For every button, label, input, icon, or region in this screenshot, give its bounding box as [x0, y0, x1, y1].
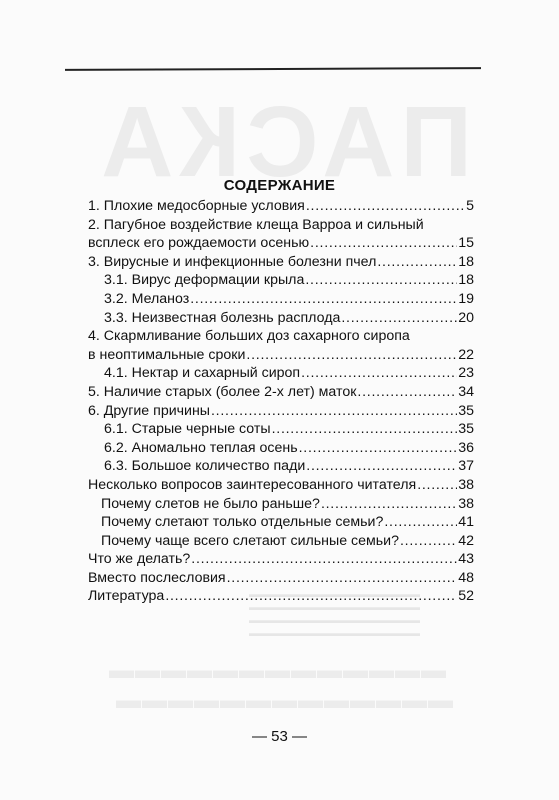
- dot-leader: [299, 439, 458, 458]
- dot-leader: [211, 402, 457, 421]
- toc-title: СОДЕРЖАНИЕ: [0, 177, 559, 194]
- toc-entry-page: 5: [466, 197, 474, 216]
- toc-entry: Несколько вопросов заинтересованного чит…: [88, 476, 474, 495]
- toc-entry-page: 43: [458, 550, 474, 569]
- toc-entry-title: 5. Наличие старых (более 2-х лет) маток: [88, 383, 356, 402]
- toc-entry-page: 19: [458, 290, 474, 309]
- toc-entry: 4.1. Нектар и сахарный сироп23: [88, 364, 474, 383]
- toc-entry: Почему слетов не было раньше?38: [88, 495, 474, 514]
- toc-entry-title: 3.3. Неизвестная болезнь расплода: [104, 309, 340, 328]
- toc-entry-title: Вместо послесловия: [88, 569, 226, 588]
- toc-entry: Литература52: [88, 587, 474, 606]
- toc-entry: 1. Плохие медосборные условия5: [88, 197, 474, 216]
- toc-entry: 6.3. Большое количество пади37: [88, 457, 474, 476]
- toc-entry-page: 34: [458, 383, 474, 402]
- dot-leader: [301, 364, 457, 383]
- toc-entry-page: 20: [458, 309, 474, 328]
- book-page: ПАСКА ▬▬▬▬▬▬▬▬▬▬▬▬▬▬▬▬▬▬▬▬▬▬▬▬▬▬▬▬▬▬▬▬▬▬…: [0, 0, 559, 800]
- dot-leader: [190, 290, 457, 309]
- toc-entry: 5. Наличие старых (более 2-х лет) маток3…: [88, 383, 474, 402]
- toc-entry-page: 22: [458, 346, 474, 365]
- toc-entry: 3. Вирусные и инфекционные болезни пчел1…: [88, 253, 474, 272]
- dot-leader: [165, 587, 457, 606]
- toc-entry: 6. Другие причины35: [88, 402, 474, 421]
- bleed-through-text: ▬▬▬▬▬▬▬▬▬▬▬▬▬: [108, 656, 446, 685]
- toc-entry-page: 37: [458, 457, 474, 476]
- dot-leader: [310, 234, 457, 253]
- dot-leader: [305, 271, 457, 290]
- toc-entry-title: Несколько вопросов заинтересованного чит…: [88, 476, 416, 495]
- dot-leader: [272, 420, 458, 439]
- toc-entry: в неоптимальные сроки22: [88, 346, 474, 365]
- toc-entry-title: в неоптимальные сроки: [88, 346, 245, 365]
- toc-entry: 3.2. Меланоз19: [88, 290, 474, 309]
- bleed-through-text: ▬▬▬▬▬▬▬▬▬▬▬▬▬: [115, 686, 453, 715]
- dot-leader: [321, 495, 457, 514]
- toc-entry: Вместо послесловия48: [88, 569, 474, 588]
- toc-entry-title: 6.2. Аномально теплая осень: [104, 439, 298, 458]
- table-of-contents: 1. Плохие медосборные условия52. Пагубно…: [88, 197, 474, 606]
- toc-entry: Что же делать?43: [88, 550, 474, 569]
- toc-entry-page: 41: [458, 513, 474, 532]
- toc-entry-page: 23: [458, 364, 474, 383]
- toc-entry-page: 35: [458, 402, 474, 421]
- dot-leader: [246, 346, 457, 365]
- toc-entry-title: 6.1. Старые черные соты: [104, 420, 271, 439]
- toc-entry-title: Литература: [88, 587, 164, 606]
- toc-entry-title: всплеск его рождаемости осенью: [88, 234, 309, 253]
- toc-entry: 3.3. Неизвестная болезнь расплода20: [88, 309, 474, 328]
- toc-entry: 6.1. Старые черные соты35: [88, 420, 474, 439]
- toc-entry-title: 4. Скармливание больших доз сахарного си…: [88, 327, 474, 346]
- toc-entry-title: 1. Плохие медосборные условия: [88, 197, 305, 216]
- toc-entry-title: 3. Вирусные и инфекционные болезни пчел: [88, 253, 376, 272]
- toc-entry-page: 52: [458, 587, 474, 606]
- toc-entry-title: 2. Пагубное воздействие клеща Варроа и с…: [88, 216, 474, 235]
- toc-entry-page: 15: [458, 234, 474, 253]
- dot-leader: [341, 309, 457, 328]
- toc-entry-page: 35: [458, 420, 474, 439]
- toc-entry-page: 42: [458, 532, 474, 551]
- toc-entry-page: 38: [458, 476, 474, 495]
- toc-entry-page: 48: [458, 569, 474, 588]
- dot-leader: [227, 569, 458, 588]
- dot-leader: [306, 457, 457, 476]
- toc-entry-title: 6. Другие причины: [88, 402, 210, 421]
- toc-entry-title: Почему чаще всего слетают сильные семьи?: [101, 532, 399, 551]
- dot-leader: [377, 253, 457, 272]
- page-number: — 53 —: [0, 728, 559, 745]
- toc-entry-page: 36: [458, 439, 474, 458]
- toc-entry-title: Почему слетов не было раньше?: [101, 495, 320, 514]
- dot-leader: [357, 383, 457, 402]
- toc-entry-title: 3.1. Вирус деформации крыла: [104, 271, 304, 290]
- dot-leader: [417, 476, 457, 495]
- toc-entry-title: Почему слетают только отдельные семьи?: [101, 513, 383, 532]
- toc-entry: 6.2. Аномально теплая осень36: [88, 439, 474, 458]
- dot-leader: [306, 197, 465, 216]
- dot-leader: [191, 550, 457, 569]
- toc-entry: 4. Скармливание больших доз сахарного си…: [88, 327, 474, 346]
- toc-entry: всплеск его рождаемости осенью15: [88, 234, 474, 253]
- toc-entry-page: 18: [458, 253, 474, 272]
- toc-entry: 2. Пагубное воздействие клеща Варроа и с…: [88, 216, 474, 235]
- toc-entry-page: 38: [458, 495, 474, 514]
- toc-entry-page: 18: [458, 271, 474, 290]
- dot-leader: [384, 513, 457, 532]
- toc-entry: Почему слетают только отдельные семьи?41: [88, 513, 474, 532]
- dot-leader: [400, 532, 457, 551]
- header-rule: [65, 67, 481, 71]
- toc-entry: 3.1. Вирус деформации крыла18: [88, 271, 474, 290]
- toc-entry-title: 3.2. Меланоз: [104, 290, 189, 309]
- toc-entry-title: 6.3. Большое количество пади: [104, 457, 305, 476]
- toc-entry-title: Что же делать?: [88, 550, 190, 569]
- toc-entry: Почему чаще всего слетают сильные семьи?…: [88, 532, 474, 551]
- toc-entry-title: 4.1. Нектар и сахарный сироп: [104, 364, 300, 383]
